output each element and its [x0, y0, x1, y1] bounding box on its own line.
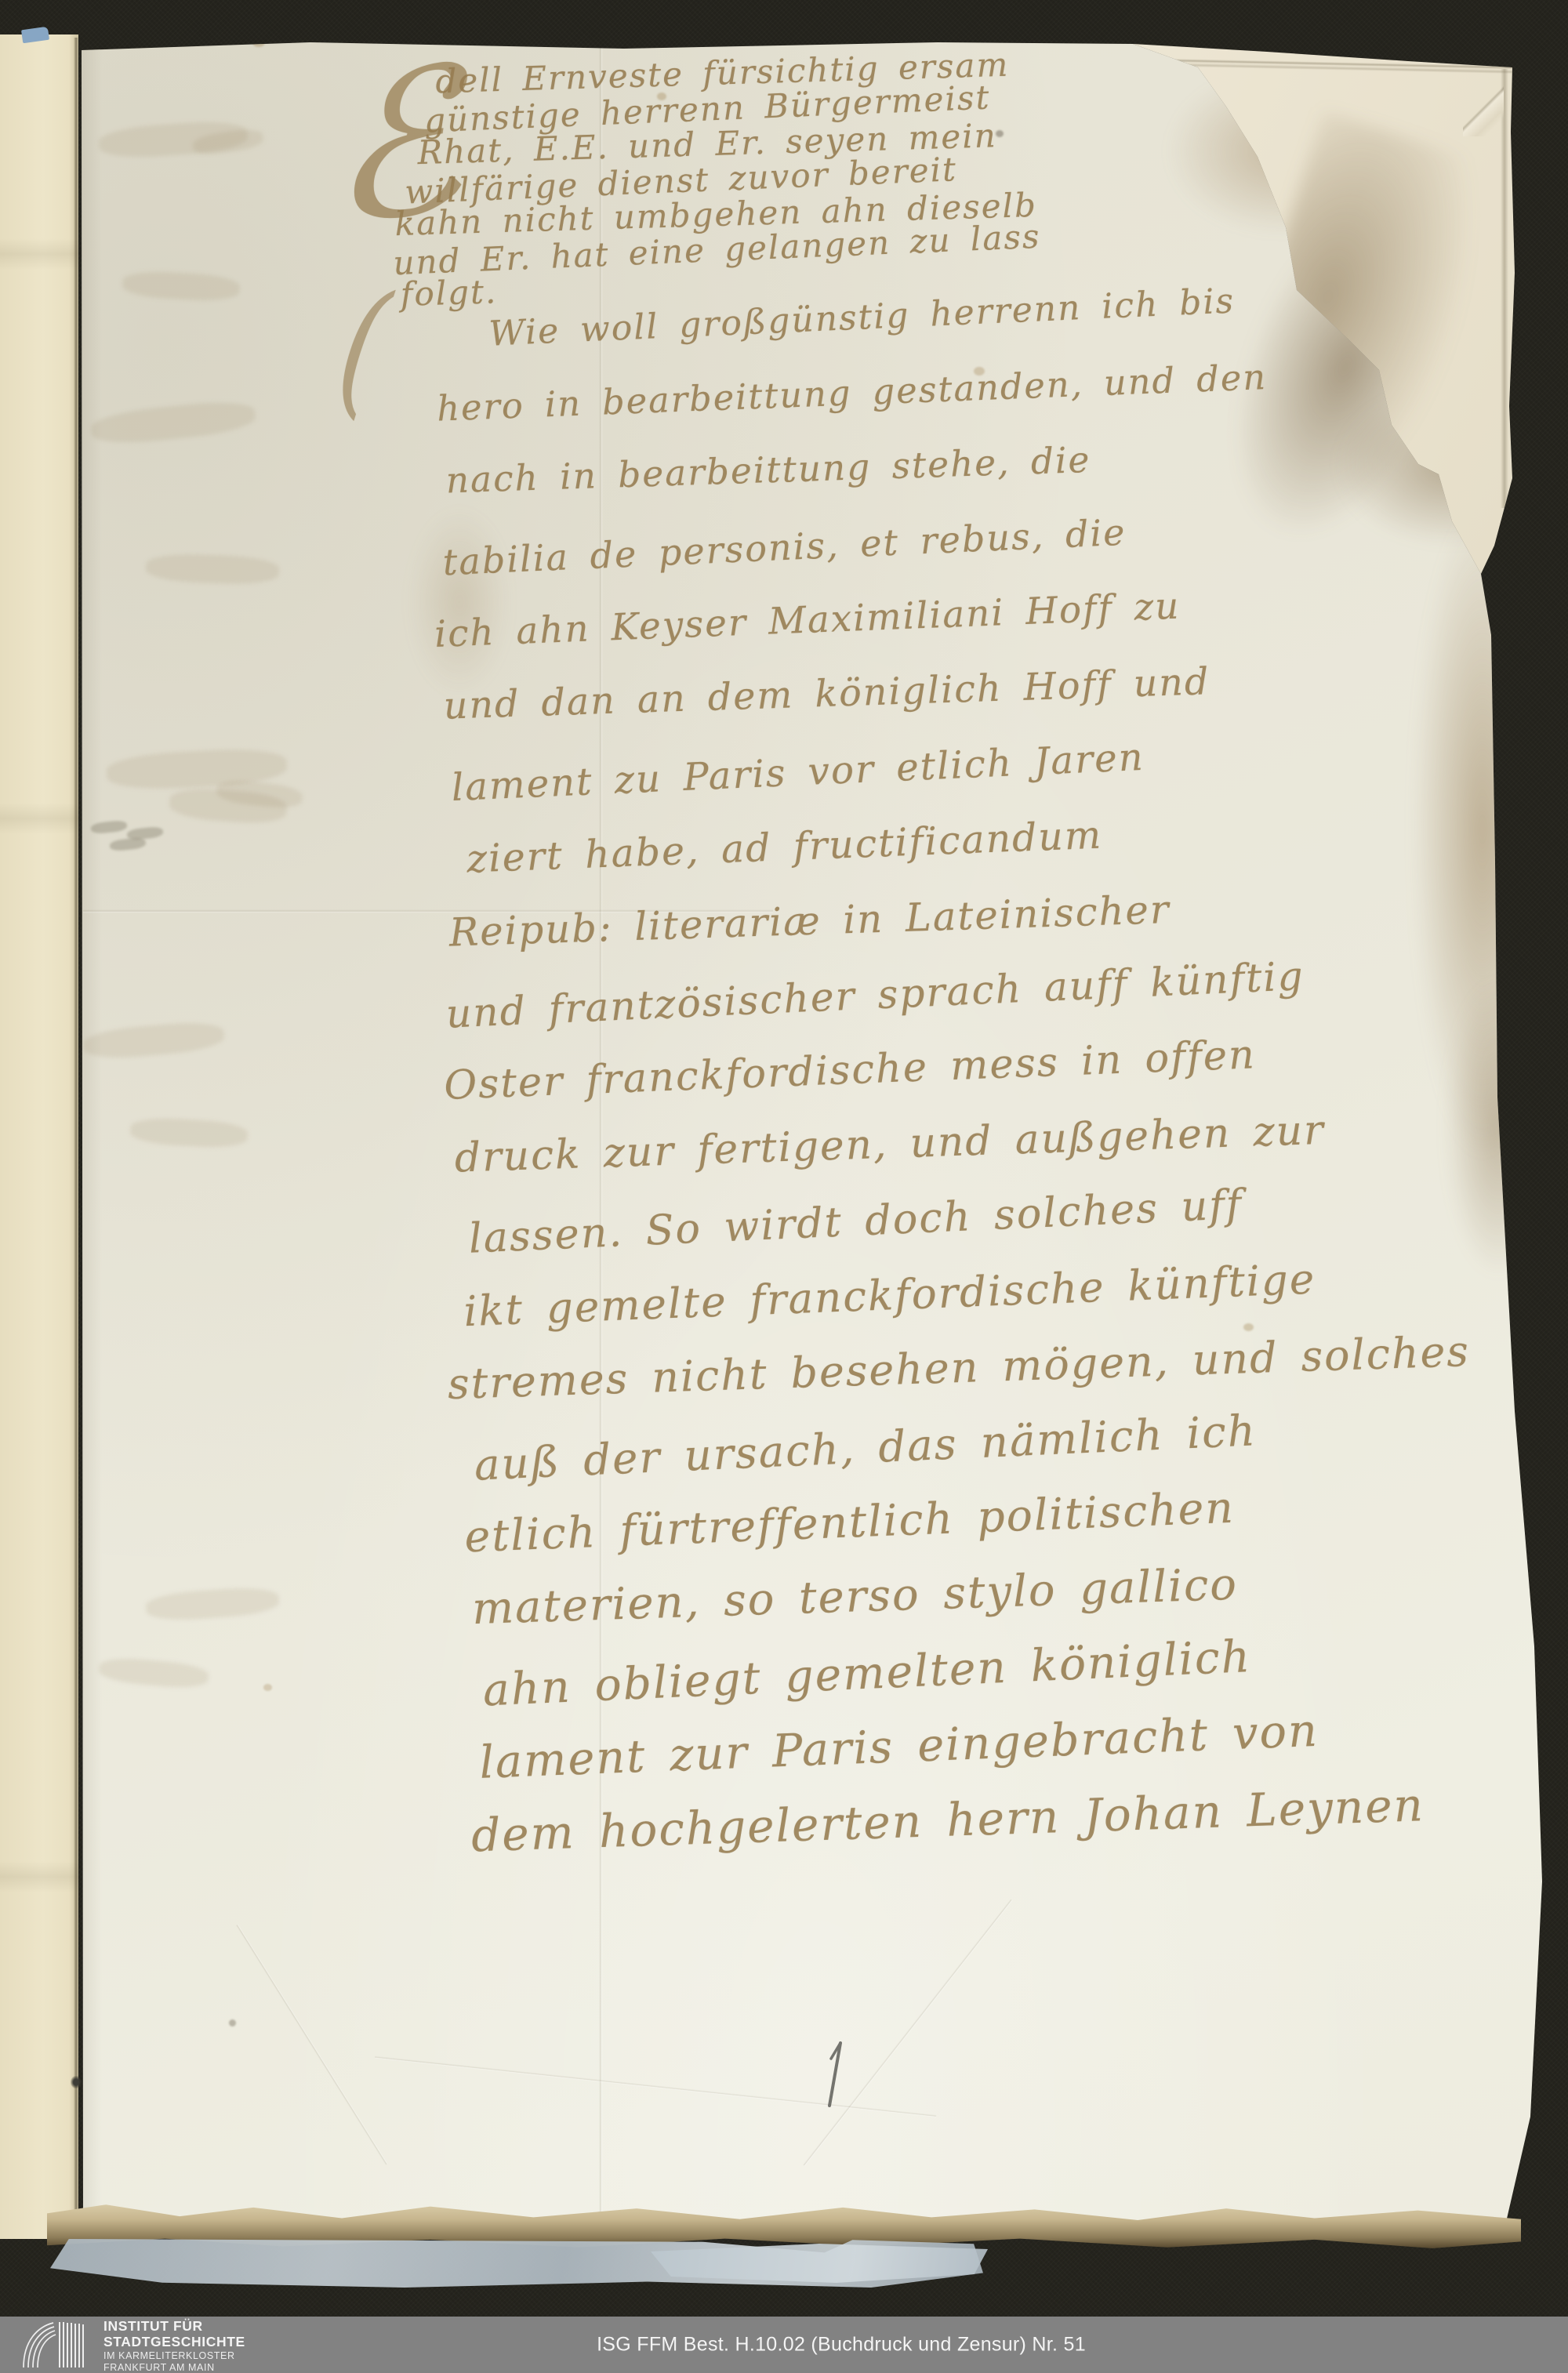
pencil-foliation-mark: [822, 2038, 848, 2114]
institute-line: IM KARMELITERKLOSTER: [103, 2351, 245, 2361]
archive-shelfmark-caption: ISG FFM Best. H.10.02 (Buchdruck und Zen…: [597, 2334, 1086, 2357]
fox-spot: [263, 1684, 272, 1691]
arch-lines-logo-icon: [20, 2320, 93, 2368]
show-through-mark-dark: [126, 826, 163, 841]
manuscript-paragraph-1: dell Ernveste fürsichtig ersamgünstige h…: [341, 45, 1043, 316]
scan-photo: ℰ ( dell Ernveste fürsichtig ersamgünsti…: [0, 0, 1568, 2373]
ink-speck: [229, 2019, 236, 2026]
binding-gutter: [74, 38, 79, 2233]
pencil-numeral-1: [822, 2038, 848, 2110]
diagonal-crease: [375, 2056, 936, 2117]
show-through-mark: [122, 270, 241, 303]
manuscript-page: ℰ ( dell Ernveste fürsichtig ersamgünsti…: [75, 38, 1568, 2233]
diagonal-crease: [803, 1899, 1013, 2166]
left-flyleaf-page: [0, 34, 78, 2239]
show-through-mark: [145, 1585, 280, 1623]
show-through-mark: [89, 397, 256, 448]
flyleaf-fold: [0, 238, 78, 270]
institute-line: FRANKFURT AM MAIN: [103, 2363, 245, 2373]
institute-line: INSTITUT FÜR: [103, 2320, 245, 2334]
institute-line: STADTGESCHICHTE: [103, 2335, 245, 2349]
show-through-mark: [98, 1656, 209, 1690]
diagonal-crease: [236, 1924, 388, 2164]
footer-bar: INSTITUT FÜR STADTGESCHICHTE IM KARMELIT…: [0, 2317, 1568, 2373]
sewing-hole: [71, 2076, 82, 2088]
institute-name-block: INSTITUT FÜR STADTGESCHICHTE IM KARMELIT…: [103, 2320, 245, 2373]
under-page-dogear-fold: [1463, 85, 1504, 136]
flyleaf-fold: [0, 803, 78, 834]
show-through-mark: [145, 553, 279, 586]
show-through-mark: [82, 1019, 226, 1061]
page-gutter-shadow: [75, 38, 102, 2233]
manuscript-paragraph-2: Wie woll großgünstig herrenn ich bishero…: [378, 258, 1489, 1878]
flyleaf-fold: [0, 1861, 78, 1892]
show-through-mark: [129, 1116, 249, 1149]
fox-spot: [252, 38, 265, 47]
